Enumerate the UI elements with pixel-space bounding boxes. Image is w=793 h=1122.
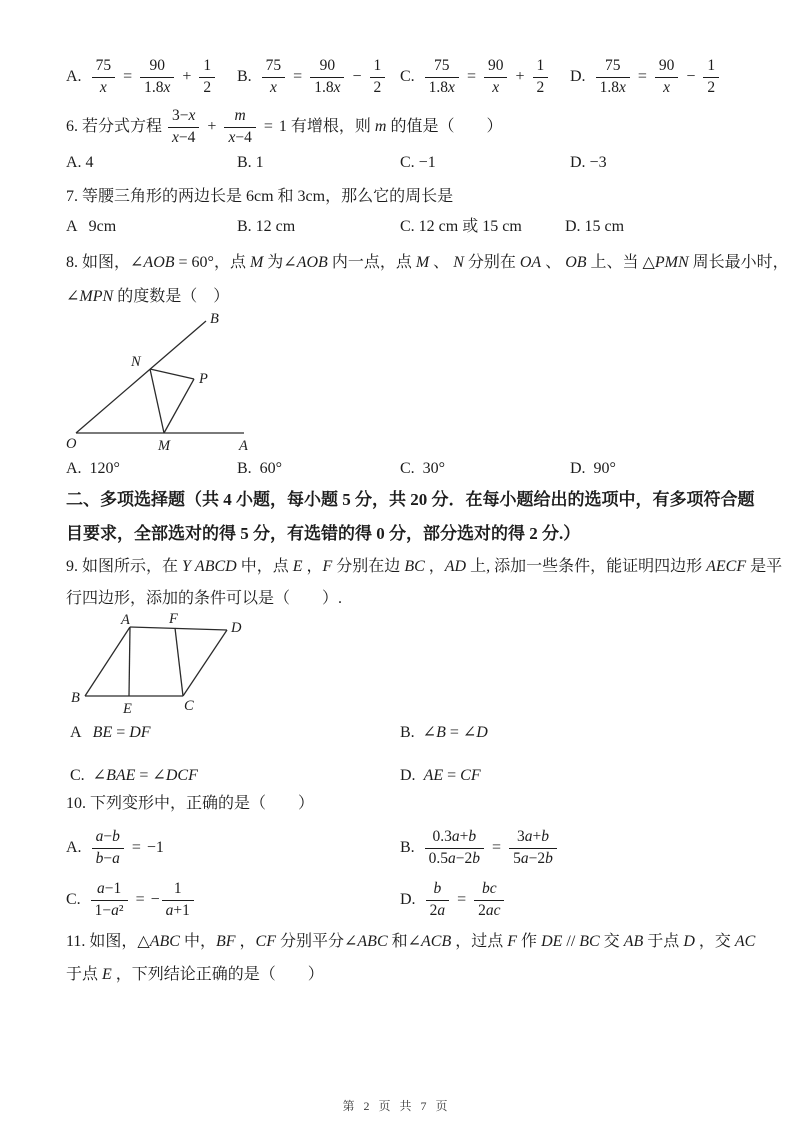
fraction: b2a [426, 880, 450, 920]
math-operator: + [182, 68, 191, 85]
segment-AE [129, 627, 130, 696]
text-run: 8. 如图，∠AOB = 60°，点 M 为∠AOB 内一点，点 M 、 N 分… [66, 254, 789, 271]
math-variable: ABCD [195, 558, 237, 575]
text-run: ∠B = ∠D [423, 724, 488, 741]
question8-figure: O M A N P B [64, 309, 274, 457]
question9-text-line2: 行四边形，添加的条件可以是（ ）. [66, 589, 342, 609]
math-variable: m [375, 118, 387, 135]
fraction-numerator: bc [474, 880, 504, 901]
text-run: A [70, 724, 93, 741]
fraction-denominator: 2ac [474, 901, 504, 921]
fraction: bc2ac [474, 880, 504, 920]
question9-figure: A F D B E C [70, 612, 265, 720]
text-run: A. [66, 68, 90, 85]
math-variable: B [436, 724, 446, 741]
question9-option-b: B. ∠B = ∠D [400, 723, 488, 743]
text-run: AE = CF [424, 767, 481, 784]
fraction-denominator: 1.8x [310, 78, 344, 98]
question9-text-line1: 9. 如图所示，在 Y ABCD 中，点 E ，F 分别在边 BC ，AD 上,… [66, 557, 782, 577]
math-variable: N [453, 254, 464, 271]
math-operator: = [457, 891, 466, 908]
text-run: ∠BAE = ∠DCF [93, 767, 198, 784]
text-run: C. [400, 68, 423, 85]
math-variable: b [468, 828, 476, 845]
document-page: A. 75x=901.8x+12 B. 75x=901.8x−12 C. 751… [0, 0, 793, 1122]
math-variable: ACB [421, 933, 451, 950]
fraction-numerator: 1 [199, 57, 215, 78]
point-label-A: A [120, 612, 130, 628]
math-variable: x [163, 79, 170, 96]
fraction-numerator: 3a+b [509, 828, 557, 849]
math-variable: AD [445, 558, 466, 575]
text-run: B. [400, 724, 423, 741]
text-run: 9. 如图所示，在 Y ABCD 中，点 E ，F 分别在边 BC ，AD 上,… [66, 558, 782, 575]
question8-option-b: B. 60° [237, 459, 282, 479]
question9-option-a: A BE = DF [70, 723, 151, 743]
math-variable: BE [93, 724, 113, 741]
fraction-denominator: 1.8x [596, 78, 630, 98]
math-operator: − [352, 68, 361, 85]
fraction: 75x [262, 57, 286, 97]
math-operator: = [492, 839, 501, 856]
question10-text: 10. 下列变形中，正确的是（ ） [66, 794, 314, 814]
math-variable: Y [182, 558, 191, 575]
segment-FC [175, 628, 183, 696]
fraction: 901.8x [310, 57, 344, 97]
text-run: 11. 如图，△ABC 中，BF ，CF 分别平分∠ABC 和∠ACB ，过点 … [66, 933, 755, 950]
math-variable: BC [404, 558, 424, 575]
question10-option-b: B. 0.3a+b0.5a−2b=3a+b5a−2b [400, 828, 559, 868]
fraction-denominator: 5a−2b [509, 849, 557, 869]
fraction-numerator: 1 [162, 880, 194, 901]
question8-option-d: D. 90° [570, 459, 616, 479]
math-variable: CF [256, 933, 276, 950]
math-variable: CF [460, 767, 480, 784]
math-variable: a [97, 880, 105, 897]
point-label-D: D [230, 620, 242, 636]
fraction-denominator: 2 [533, 78, 549, 98]
fraction: 12 [370, 57, 386, 97]
fraction-numerator: 1 [703, 57, 719, 78]
math-variable: OB [565, 254, 586, 271]
question7-option-a: A 9cm [66, 217, 116, 237]
fraction-denominator: 1.8x [140, 78, 174, 98]
question6-option-d: D. −3 [570, 153, 607, 173]
math-variable: BF [216, 933, 236, 950]
text-run: BE = DF [93, 724, 151, 741]
side-CD [183, 630, 227, 696]
point-label-B: B [71, 690, 80, 706]
fraction-denominator: 2 [370, 78, 386, 98]
question8-text-line2: ∠MPN 的度数是（ ） [66, 287, 229, 307]
fraction-numerator: 90 [484, 57, 508, 78]
question8-option-a: A. 120° [66, 459, 120, 479]
text-run: D. [400, 891, 424, 908]
segment-MN [150, 369, 164, 433]
fraction: 901.8x [140, 57, 174, 97]
text-run: D. [570, 68, 594, 85]
question5-option-c: C. 751.8x=90x+12 [400, 57, 550, 97]
fraction-denominator: x−4 [168, 128, 199, 148]
point-label-E: E [122, 701, 132, 717]
fraction: 751.8x [425, 57, 459, 97]
math-operator: + [515, 68, 524, 85]
math-variable: E [293, 558, 303, 575]
math-variable: BAE [106, 767, 135, 784]
math-variable: D [476, 724, 488, 741]
point-label-N: N [130, 354, 142, 370]
math-operator: = [264, 118, 273, 135]
math-variable: a [525, 828, 533, 845]
question5-option-a: A. 75x=901.8x+12 [66, 57, 217, 97]
math-variable: a [111, 902, 119, 919]
math-variable: ac [486, 902, 501, 919]
fraction-numerator: 90 [655, 57, 679, 78]
segment-NP [150, 369, 194, 379]
point-label-A: A [238, 438, 248, 454]
math-variable: b [541, 828, 549, 845]
fraction-denominator: 1−a² [91, 901, 128, 921]
math-variable: a [96, 828, 104, 845]
fraction-numerator: a−b [92, 828, 124, 849]
math-operator: = [123, 68, 132, 85]
fraction-denominator: b−a [92, 849, 124, 869]
fraction-numerator: 75 [596, 57, 630, 78]
math-operator: = [467, 68, 476, 85]
fraction-numerator: 75 [92, 57, 116, 78]
fraction: 3−xx−4 [168, 107, 199, 147]
math-variable: ABC [357, 933, 387, 950]
text-run: D. [400, 767, 424, 784]
fraction: a−11−a² [91, 880, 128, 920]
math-variable: F [323, 558, 333, 575]
fraction-denominator: x [655, 78, 679, 98]
fraction-denominator: x [92, 78, 116, 98]
math-variable: x [270, 79, 277, 96]
math-variable: x [448, 79, 455, 96]
point-label-O: O [66, 436, 77, 452]
question6-option-b: B. 1 [237, 153, 264, 173]
math-variable: m [235, 107, 246, 124]
fraction: 90x [655, 57, 679, 97]
question8-text-line1: 8. 如图，∠AOB = 60°，点 M 为∠AOB 内一点，点 M 、 N 分… [66, 253, 789, 273]
fraction-numerator: 75 [425, 57, 459, 78]
math-variable: PMN [655, 254, 689, 271]
fraction-numerator: 0.3a+b [425, 828, 484, 849]
point-label-C: C [184, 698, 194, 714]
section2-header-line1: 二、多项选择题（共 4 小题，每小题 5 分，共 20 分．在每小题给出的选项中… [66, 489, 755, 510]
math-variable: a [437, 902, 445, 919]
math-variable: DF [129, 724, 150, 741]
text-run: 1 有增根，则 m 的值是（ ） [279, 118, 503, 135]
text-run: B. [237, 68, 260, 85]
math-variable: x [492, 79, 499, 96]
point-label-F: F [168, 612, 178, 627]
fraction-denominator: 2 [703, 78, 719, 98]
text-run: − [151, 891, 160, 908]
math-variable: a [521, 850, 529, 867]
fraction-denominator: 1.8x [425, 78, 459, 98]
math-variable: a [452, 828, 460, 845]
fraction: mx−4 [224, 107, 255, 147]
math-variable: x [172, 129, 179, 146]
fraction: 751.8x [596, 57, 630, 97]
math-variable: M [250, 254, 263, 271]
math-variable: F [507, 933, 517, 950]
text-run: A. [66, 839, 90, 856]
math-operator: = [136, 891, 145, 908]
page-footer: 第 2 页 共 7 页 [0, 1097, 793, 1114]
question10-option-c: C. a−11−a²=−1a+1 [66, 880, 196, 920]
text-run: B. [400, 839, 423, 856]
math-variable: a [448, 850, 456, 867]
math-variable: AOB [297, 254, 328, 271]
fraction: 0.3a+b0.5a−2b [425, 828, 484, 868]
math-variable: AECF [706, 558, 746, 575]
question6-option-c: C. −1 [400, 153, 436, 173]
math-variable: x [100, 79, 107, 96]
math-variable: BC [579, 933, 599, 950]
question11-text-line2: 于点 E ，下列结论正确的是（ ） [66, 965, 324, 985]
question7-text: 7. 等腰三角形的两边长是 6cm 和 3cm，那么它的周长是 [66, 187, 453, 207]
segment-PM [164, 379, 194, 433]
fraction-numerator: a−1 [91, 880, 128, 901]
fraction: a−bb−a [92, 828, 124, 868]
question10-option-a: A. a−bb−a=−1 [66, 828, 164, 868]
text-run: 6. 若分式方程 [66, 118, 166, 135]
question5-option-d: D. 751.8x=90x−12 [570, 57, 721, 97]
math-variable: AOB [143, 254, 174, 271]
side-BA [85, 627, 130, 696]
text-run: −1 [147, 839, 164, 856]
fraction: 75x [92, 57, 116, 97]
math-variable: D [683, 933, 695, 950]
question10-option-d: D. b2a=bc2ac [400, 880, 506, 920]
math-variable: b [472, 850, 480, 867]
fraction-numerator: 90 [140, 57, 174, 78]
fraction-denominator: x−4 [224, 128, 255, 148]
question8-option-c: C. 30° [400, 459, 445, 479]
fraction-numerator: 90 [310, 57, 344, 78]
math-operator: + [207, 118, 216, 135]
math-variable: b [433, 880, 441, 897]
fraction-denominator: 0.5a−2b [425, 849, 484, 869]
question9-option-d: D. AE = CF [400, 766, 481, 786]
math-operator: = [132, 839, 141, 856]
question6-text: 6. 若分式方程 3−xx−4+mx−4=1 有增根，则 m 的值是（ ） [66, 107, 502, 147]
fraction: 12 [703, 57, 719, 97]
math-variable: DCF [166, 767, 198, 784]
fraction: 12 [533, 57, 549, 97]
math-variable: a [112, 850, 120, 867]
fraction-numerator: 1 [370, 57, 386, 78]
math-variable: b [96, 850, 104, 867]
section2-header-line2: 目要求，全部选对的得 5 分，有选错的得 0 分，部分选对的得 2 分.） [66, 523, 580, 544]
math-variable: ABC [150, 933, 180, 950]
fraction: 1a+1 [162, 880, 194, 920]
math-variable: AE [424, 767, 444, 784]
math-variable: M [416, 254, 429, 271]
fraction-denominator: 2a [426, 901, 450, 921]
math-operator: = [638, 68, 647, 85]
fraction-denominator: x [262, 78, 286, 98]
math-variable: bc [482, 880, 497, 897]
side-AD [130, 627, 227, 630]
math-variable: AC [735, 933, 755, 950]
point-label-B: B [210, 311, 219, 327]
question11-text-line1: 11. 如图，△ABC 中，BF ，CF 分别平分∠ABC 和∠ACB ，过点 … [66, 932, 755, 952]
fraction-denominator: a+1 [162, 901, 194, 921]
question6-option-a: A. 4 [66, 153, 94, 173]
math-operator: − [686, 68, 695, 85]
math-variable: b [545, 850, 553, 867]
fraction-numerator: m [224, 107, 255, 128]
math-variable: E [102, 966, 112, 983]
math-variable: x [619, 79, 626, 96]
text-run: C. [66, 891, 89, 908]
math-operator: = [293, 68, 302, 85]
fraction-numerator: 75 [262, 57, 286, 78]
math-variable: a [166, 902, 174, 919]
math-variable: MPN [79, 288, 113, 305]
math-variable: OA [520, 254, 541, 271]
fraction-numerator: 1 [533, 57, 549, 78]
text-run: ∠MPN 的度数是（ ） [66, 288, 229, 305]
question7-option-b: B. 12 cm [237, 217, 295, 237]
fraction: 3a+b5a−2b [509, 828, 557, 868]
question5-option-b: B. 75x=901.8x−12 [237, 57, 387, 97]
question7-option-c: C. 12 cm 或 15 cm [400, 217, 522, 237]
fraction-numerator: b [426, 880, 450, 901]
point-label-P: P [198, 371, 208, 387]
fraction: 12 [199, 57, 215, 97]
fraction-denominator: 2 [199, 78, 215, 98]
math-variable: b [112, 828, 120, 845]
text-run: 于点 E ，下列结论正确的是（ ） [66, 966, 324, 983]
point-label-M: M [157, 438, 171, 454]
text-run: C. [70, 767, 93, 784]
math-variable: x [189, 107, 196, 124]
math-variable: x [334, 79, 341, 96]
fraction: 90x [484, 57, 508, 97]
question9-option-c: C. ∠BAE = ∠DCF [70, 766, 198, 786]
math-variable: DE [541, 933, 562, 950]
math-variable: x [228, 129, 235, 146]
question7-option-d: D. 15 cm [565, 217, 624, 237]
math-variable: x [663, 79, 670, 96]
math-variable: AB [624, 933, 644, 950]
fraction-denominator: x [484, 78, 508, 98]
fraction-numerator: 3−x [168, 107, 199, 128]
